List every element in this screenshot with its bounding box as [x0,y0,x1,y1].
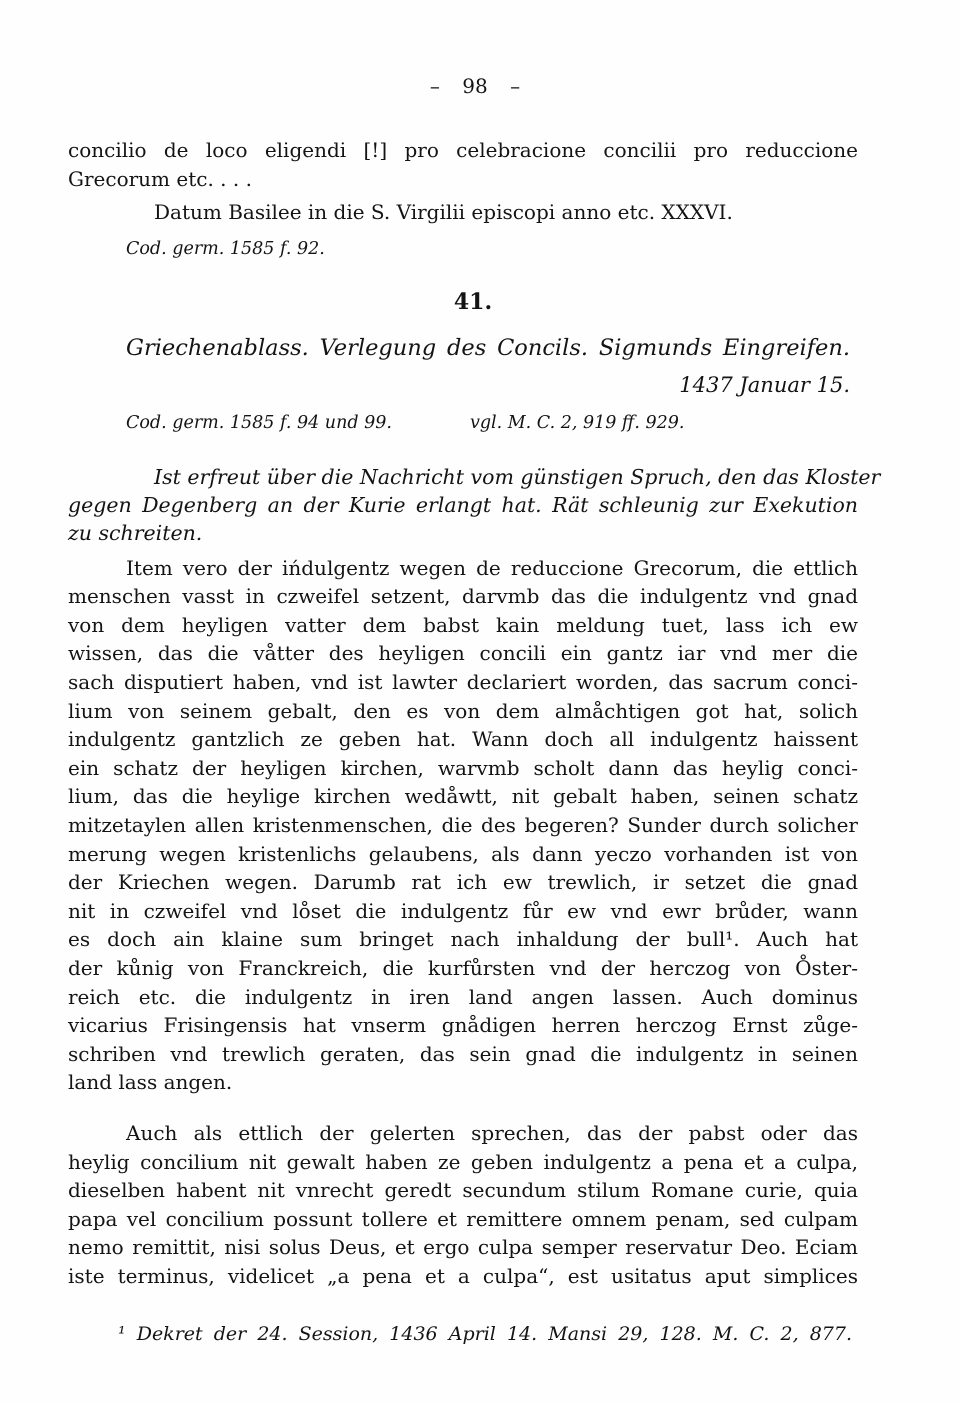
source-citation-right: vgl. M. C. 2, 919 ff. 929. [470,411,684,435]
text-line: es doch ain klaine sum bringet nach inha… [68,925,858,954]
section-title: Griechenablass. Verlegung des Concils. S… [68,333,858,363]
text-line: Item vero der ińdulgentz wegen de reducc… [68,554,858,583]
text-line: papa vel concilium possunt tollere et re… [68,1205,858,1234]
intro-paragraph: concilio de loco eligendi [!] pro celebr… [68,136,858,193]
section-date: 1437 Januar 15. [68,371,858,399]
source-citation-left: Cod. germ. 1585 f. 94 und 99. [126,411,392,435]
text-line: reich etc. die indulgentz in iren land a… [68,983,858,1012]
section-number: 41. [68,287,878,317]
text-line: heylig concilium nit gewalt haben ze geb… [68,1148,858,1177]
text-line: nemo remittit, nisi solus Deus, et ergo … [68,1233,858,1262]
text-line: ein schatz der heyligen kirchen, warvmb … [68,754,858,783]
text-line: von dem heyligen vatter dem babst kain m… [68,611,858,640]
text-line: iste terminus, videlicet „a pena et a cu… [68,1262,858,1291]
text-line: gegen Degenberg an der Kurie erlangt hat… [68,491,858,519]
source-citation: Cod. germ. 1585 f. 92. [68,237,858,261]
datum-line: Datum Basilee in die S. Virgilii episcop… [68,198,858,227]
body-paragraph-2: Auch als ettlich der gelerten sprechen, … [68,1119,858,1291]
text-line: vicarius Frisingensis hat vnserm gnådige… [68,1011,858,1040]
text-line: dieselben habent nit vnrecht geredt secu… [68,1176,858,1205]
text-line: Grecorum etc. . . . [68,165,858,194]
text-line: indulgentz gantzlich ze geben hat. Wann … [68,725,858,754]
text-line: concilio de loco eligendi [!] pro celebr… [68,136,858,165]
text-line: mitzetaylen allen kristenmenschen, die d… [68,811,858,840]
body-paragraph-1: Item vero der ińdulgentz wegen de reducc… [68,554,858,1097]
book-page: – 98 – concilio de loco eligendi [!] pro… [0,0,960,1404]
page-number: – 98 – [68,72,882,100]
text-line: sach disputiert haben, vnd ist lawter de… [68,668,858,697]
text-line: land lass angen. [68,1068,858,1097]
text-line: Auch als ettlich der gelerten sprechen, … [68,1119,858,1148]
text-line: der kůnig von Franckreich, die kurfůrste… [68,954,858,983]
text-line: schriben vnd trewlich geraten, das sein … [68,1040,858,1069]
regest-summary: Ist erfreut über die Nachricht vom günst… [68,463,858,548]
text-line: wissen, das die våtter des heyligen conc… [68,639,858,668]
text-line: menschen vasst in czweifel setzent, darv… [68,582,858,611]
footnote: ¹ Dekret der 24. Session, 1436 April 14.… [68,1321,858,1347]
text-line: lium, das die heylige kirchen wedåwtt, n… [68,782,858,811]
text-line: merung wegen kristenlichs gelaubens, als… [68,840,858,869]
text-line: nit in czweifel vnd lo̊set die indulgent… [68,897,858,926]
text-line: zu schreiten. [68,519,858,547]
source-citation-row: Cod. germ. 1585 f. 94 und 99. vgl. M. C.… [68,411,858,435]
text-line: der Kriechen wegen. Darumb rat ich ew tr… [68,868,858,897]
text-line: Ist erfreut über die Nachricht vom günst… [68,463,858,491]
text-line: lium von seinem gebalt, den es von dem a… [68,697,858,726]
